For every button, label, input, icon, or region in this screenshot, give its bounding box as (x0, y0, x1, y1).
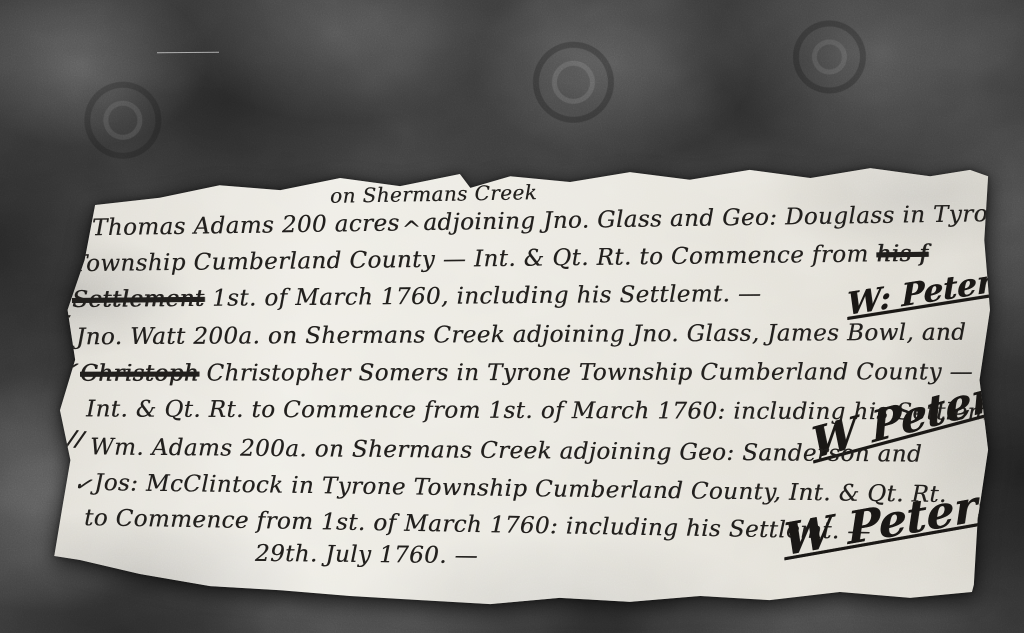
entry3-entry-mark: // (66, 425, 86, 453)
entry1-line2-strikethrough: his f (876, 241, 928, 268)
entry2-entry-mark: // (50, 309, 70, 337)
entry1-line1: Thomas Adams 200 acres^adjoining Jno. Gl… (92, 201, 1017, 242)
entry3-line1: Wm. Adams 200a. on Shermans Creek adjoin… (90, 434, 922, 467)
insertion-caret: ^ (402, 217, 422, 243)
entry1-line1-after-caret: adjoining Jno. Glass and Geo: Douglass i… (423, 201, 1017, 236)
entry1-line3: Settlement 1st. of March 1760, including… (72, 281, 762, 313)
entry1-interlineation: on Shermans Creek (330, 180, 537, 208)
document-paper: on Shermans Creek Thomas Adams 200 acres… (40, 160, 990, 610)
entry3-line3: to Commence from 1st. of March 1760: inc… (84, 505, 871, 545)
entry1-line2-text: Township Cumberland County — Int. & Qt. … (72, 241, 869, 277)
entry1-line3-strikethrough: Settlement (72, 286, 205, 313)
entry3-line2: Jos: McClintock in Tyrone Township Cumbe… (94, 470, 947, 508)
entry1-line2: Township Cumberland County — Int. & Qt. … (72, 241, 928, 277)
entry2-line2-strikethrough: Christoph (80, 361, 199, 387)
entry2-line2: Christoph Christopher Somers in Tyrone T… (80, 359, 973, 387)
margin-tick-1: ✓ (50, 238, 72, 265)
paper-wrapper: on Shermans Creek Thomas Adams 200 acres… (40, 160, 990, 610)
entry1-line3-text: 1st. of March 1760, including his Settle… (212, 281, 762, 312)
margin-tick-2: ✓ (58, 354, 80, 381)
entry3-date: 29th. July 1760. — (255, 541, 478, 569)
signature-peters-1: W: Peters (847, 261, 1011, 323)
photostat-photo: on Shermans Creek Thomas Adams 200 acres… (0, 0, 1024, 633)
entry2-line1: Jno. Watt 200a. on Shermans Creek adjoin… (76, 320, 966, 351)
margin-tick-3: ✓ (72, 470, 94, 497)
entry1-line1-before-caret: Thomas Adams 200 acres (92, 210, 400, 241)
entry2-line2-text: Christopher Somers in Tyrone Township Cu… (206, 359, 972, 386)
